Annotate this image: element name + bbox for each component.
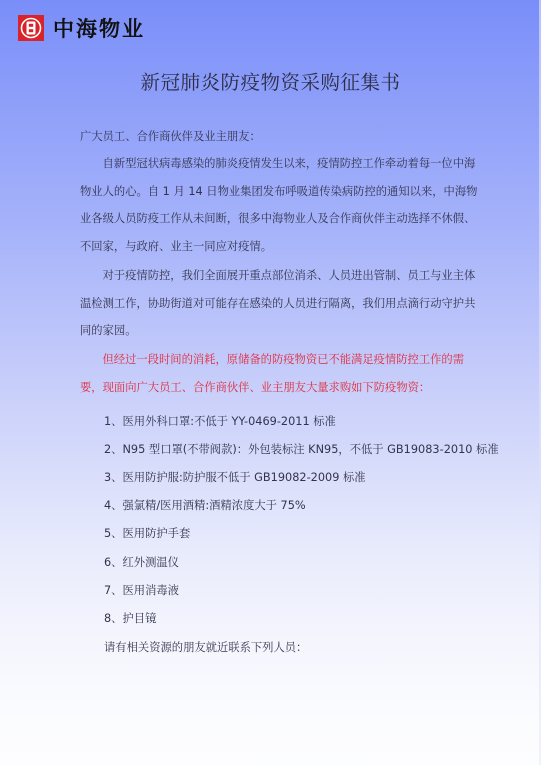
list-item: 4、强氯精/医用酒精:酒精浓度大于 75% bbox=[104, 497, 306, 513]
paragraph-intro: 自新型冠状病毒感染的肺炎疫情发生以来，疫情防控工作牵动着每一位中海物业人的心。自… bbox=[80, 150, 480, 260]
list-item: 7、医用消毒液 bbox=[104, 582, 179, 598]
logo-text: 中海物业 bbox=[53, 13, 145, 43]
contact-prompt: 请有相关资源的朋友就近联系下列人员： bbox=[104, 639, 307, 655]
list-item: 5、医用防护手套 bbox=[104, 525, 190, 541]
list-item: 8、护目镜 bbox=[104, 610, 156, 626]
document-title: 新冠肺炎防疫物资采购征集书 bbox=[0, 67, 541, 95]
list-item: 6、红外测温仪 bbox=[104, 554, 179, 570]
logo-emblem-icon bbox=[18, 15, 44, 41]
list-item: 2、N95 型口罩(不带阀款)：外包装标注 KN95，不低于 GB19083-2… bbox=[104, 441, 499, 457]
paragraph-measures: 对于疫情防控，我们全面展开重点部位消杀、人员进出管制、员工与业主体温检测工作，协… bbox=[80, 262, 480, 345]
paragraph-request: 但经过一段时间的消耗，原储备的防疫物资已不能满足疫情防控工作的需要，现面向广大员… bbox=[80, 346, 480, 401]
salutation: 广大员工、合作商伙伴及业主朋友： bbox=[80, 123, 480, 151]
list-item: 1、医用外科口罩:不低于 YY-0469-2011 标准 bbox=[104, 413, 336, 429]
list-item: 3、医用防护服:防护服不低于 GB19082-2009 标准 bbox=[104, 469, 366, 485]
company-logo: 中海物业 bbox=[18, 13, 145, 43]
